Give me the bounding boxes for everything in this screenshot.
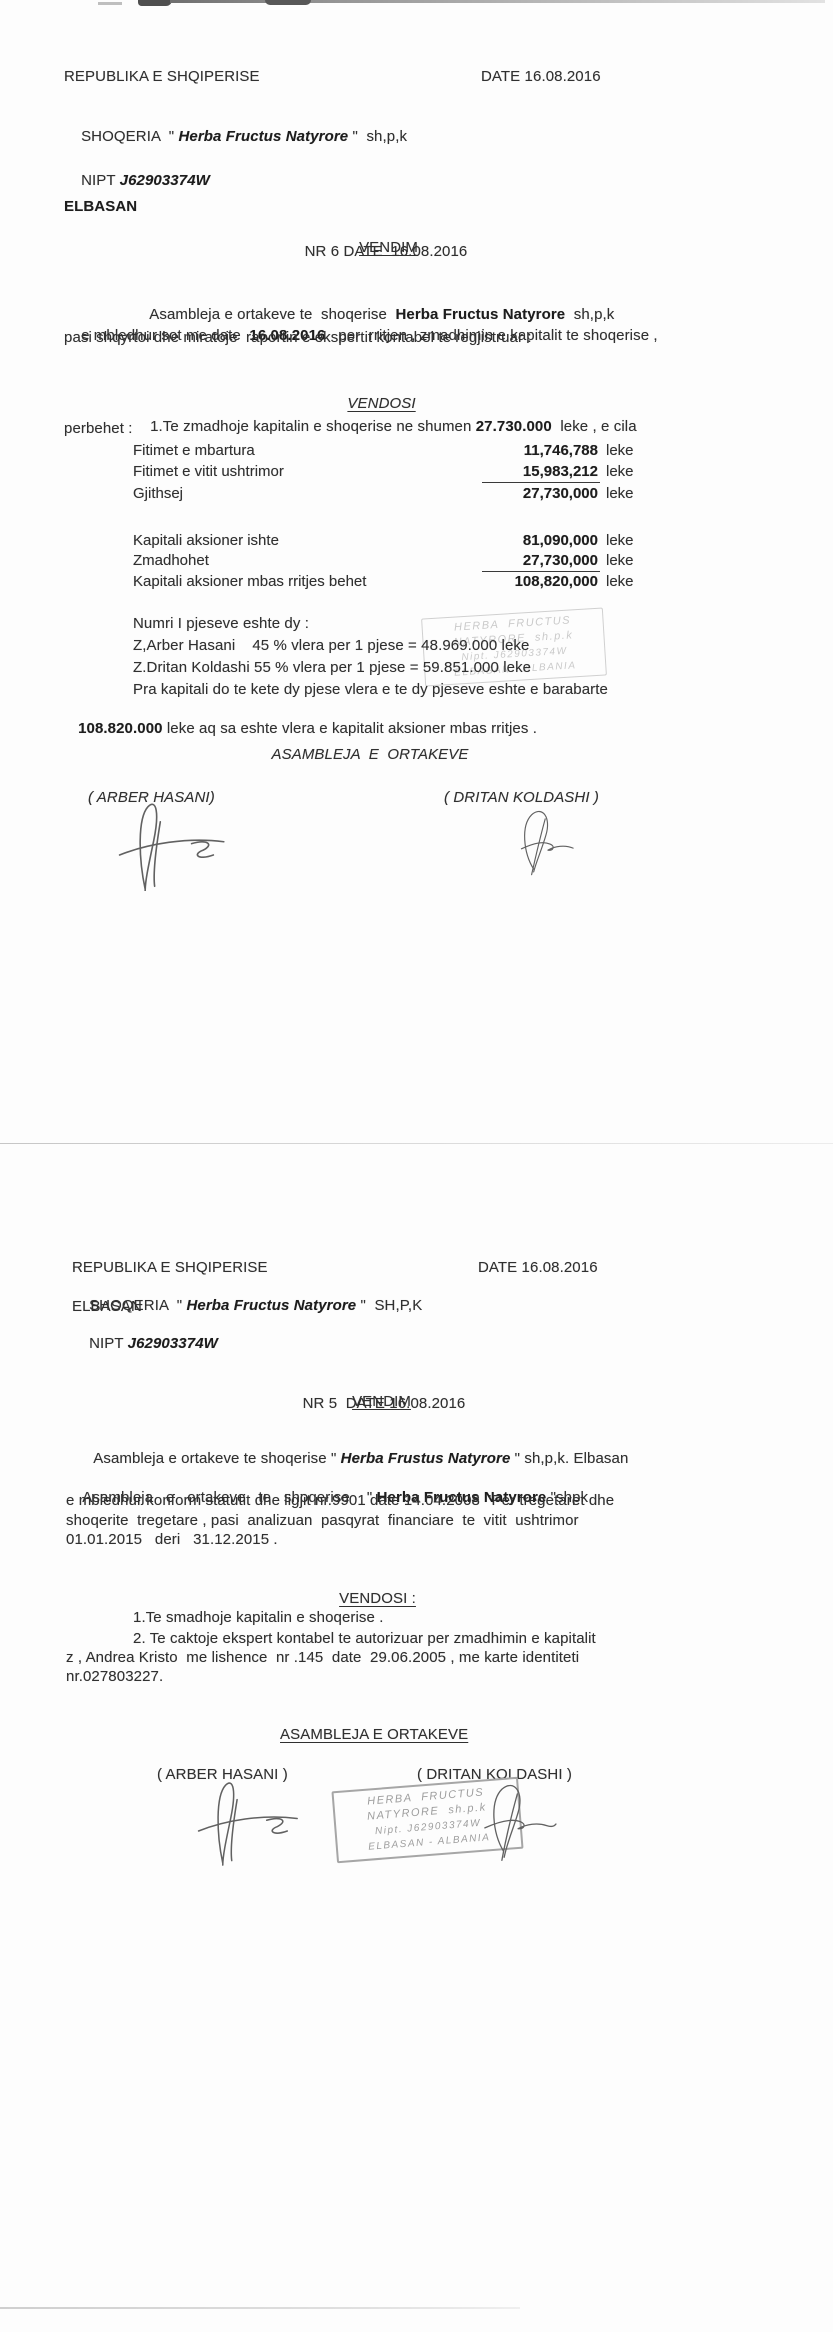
table-row-unit: leke: [606, 463, 634, 480]
p2-nipt-line: NIPT J62903374W: [72, 1317, 218, 1371]
p2-company-suffix: " SH,P,K: [356, 1297, 422, 1314]
p1-item1-a: 1.Te zmadhoje kapitalin e shoqerise ne s…: [150, 418, 476, 435]
p2-vendosi-text: VENDOSI :: [339, 1590, 416, 1607]
p1-company-name: Herba Fructus Natyrore: [178, 128, 348, 145]
p2-decision-number: NR 5 DATE 16.08.2016: [0, 1395, 768, 1413]
signature-dritan-koldashi-page1: [490, 808, 595, 876]
table-row-value: 81,090,000: [420, 532, 598, 549]
table-row-label: Fitimet e mbartura: [133, 442, 255, 459]
p2-city: ELBASAN: [72, 1298, 142, 1316]
p2-assembly-text: ASAMBLEJA E ORTAKEVE: [280, 1726, 468, 1743]
table-row-value: 27,730,000: [420, 552, 598, 569]
p2-body-line3: shoqerite tregetare , pasi analizuan pas…: [66, 1512, 579, 1530]
p2-item2-cont2: nr.027803227.: [66, 1668, 163, 1686]
p2-nipt-value: J62903374W: [128, 1335, 218, 1352]
p2-intro-company: Herba Frustus Natyrore: [341, 1450, 511, 1467]
p1-company-suffix: " sh,p,k: [348, 128, 407, 145]
p1-date: DATE 16.08.2016: [481, 68, 601, 86]
table-row-unit: leke: [606, 532, 634, 549]
scan-artifact-bottom-line: [0, 2307, 520, 2309]
scan-artifact-top-dash: [98, 2, 122, 5]
table-row-label: Zmadhohet: [133, 552, 209, 569]
table-row-value: 11,746,788: [420, 442, 598, 459]
signature-dritan-koldashi-page2: [462, 1780, 568, 1865]
p1-nipt-value: J62903374W: [120, 172, 210, 189]
table-row-value: 108,820,000: [420, 573, 598, 590]
table-row-unit: leke: [606, 573, 634, 590]
p1-share-line2: Z.Dritan Koldashi 55 % vlera per 1 pjese…: [133, 659, 531, 677]
scan-artifact-top-blob: [138, 0, 172, 6]
p1-item1-amount: 27.730.000: [476, 418, 552, 435]
p1-assembly-heading: ASAMBLEJA E ORTAKEVE: [0, 746, 740, 764]
table-row-label: Gjithsej: [133, 485, 183, 502]
p2-intro-c: " sh,p,k. Elbasan: [510, 1450, 628, 1467]
p2-nipt-label: NIPT: [89, 1335, 128, 1352]
p1-item1-cont: perbehet :: [64, 420, 133, 438]
scanned-document: REPUBLIKA E SHQIPERISE DATE 16.08.2016 S…: [0, 0, 833, 2332]
p2-item2-cont1: z , Andrea Kristo me lishence nr .145 da…: [66, 1649, 579, 1667]
p2-intro-a: Asambleja e ortakeve te shoqerise ": [93, 1450, 340, 1467]
table-row-value: 15,983,212: [420, 463, 598, 480]
p1-shares-intro: Numri I pjeseve eshte dy :: [133, 615, 309, 633]
p1-item1-c: leke , e cila: [552, 418, 637, 435]
page-divider-line: [0, 1143, 833, 1144]
table-row-unit: leke: [606, 485, 634, 502]
p2-company-name: Herba Fructus Natyrore: [186, 1297, 356, 1314]
p2-body-line2: e mbledhur konform statutit dhe ligjit n…: [66, 1492, 614, 1510]
sum-underline: [482, 571, 600, 572]
p1-nipt-label: NIPT: [81, 172, 120, 189]
p1-total-amount: 108.820.000: [78, 720, 163, 737]
p1-decision-number: NR 6 DATE 16.08.2016: [0, 243, 772, 261]
table-row-value: 27,730,000: [420, 485, 598, 502]
p2-assembly-heading: ASAMBLEJA E ORTAKEVE: [0, 1708, 732, 1762]
table-row-unit: leke: [606, 552, 634, 569]
p1-shares-conclusion1: Pra kapitali do te kete dy pjese vlera e…: [133, 681, 608, 699]
p2-date: DATE 16.08.2016: [478, 1259, 598, 1277]
table-row-unit: leke: [606, 442, 634, 459]
p2-item1: 1.Te smadhoje kapitalin e shoqerise .: [133, 1609, 384, 1627]
p1-signer-right: ( DRITAN KOLDASHI ): [444, 789, 599, 807]
signature-arber-hasani-page1: [115, 801, 235, 891]
p2-item2: 2. Te caktoje ekspert kontabel te autori…: [133, 1630, 596, 1648]
p1-total-rest: leke aq sa eshte vlera e kapitalit aksio…: [163, 720, 537, 737]
table-row-label: Kapitali aksioner ishte: [133, 532, 279, 549]
scan-artifact-top-blob2: [265, 0, 311, 5]
sum-underline: [482, 482, 600, 483]
table-row-label: Kapitali aksioner mbas rritjes behet: [133, 573, 366, 590]
p1-city: ELBASAN: [64, 198, 137, 216]
signature-arber-hasani-page2: [195, 1775, 307, 1870]
table-row-label: Fitimet e vitit ushtrimor: [133, 463, 284, 480]
p1-intro-line3: pasi shqyrtoi dhe miratoje raportin e ek…: [64, 329, 532, 347]
p2-body-line4: 01.01.2015 deri 31.12.2015 .: [66, 1531, 278, 1549]
p2-republic-title: REPUBLIKA E SHQIPERISE: [72, 1259, 268, 1277]
p1-company-prefix: SHOQERIA ": [81, 128, 178, 145]
p1-republic-title: REPUBLIKA E SHQIPERISE: [64, 68, 260, 86]
p1-share-line1: Z,Arber Hasani 45 % vlera per 1 pjese = …: [133, 637, 529, 655]
